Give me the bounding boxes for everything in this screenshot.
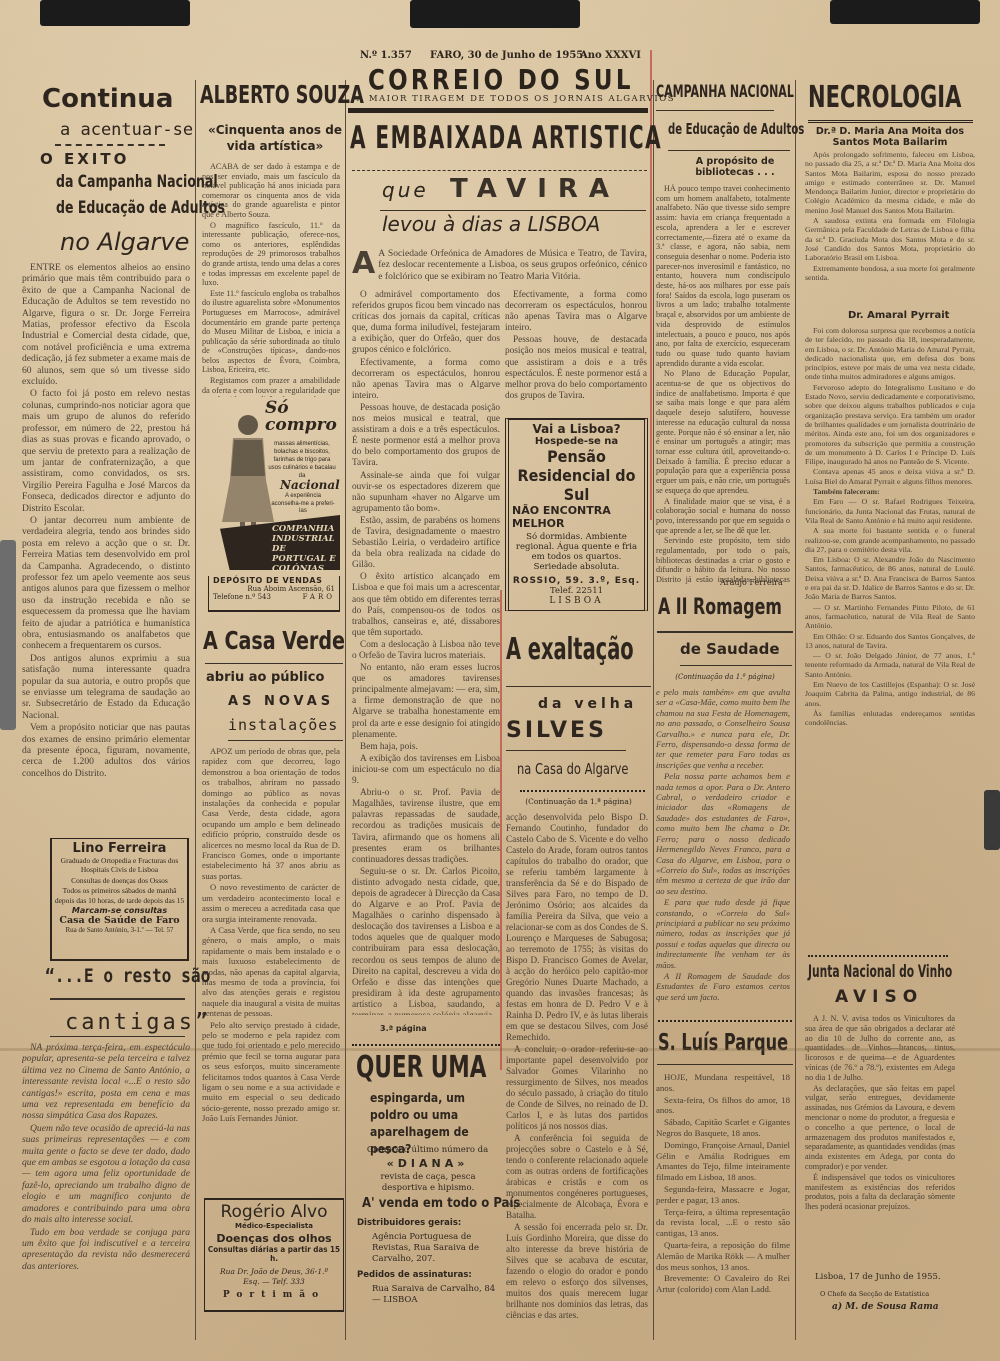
paragraph: Fervoroso adepto do Integralismo Lusitan… <box>805 383 975 467</box>
headline-embaixada: A EMBAIXADA ARTISTICA <box>350 120 662 156</box>
headline-algarve: no Algarve <box>60 228 189 256</box>
ad-so-compro: Só compro massas alimentícias, bolachas … <box>200 400 345 615</box>
aviso-signer-title: O Chefe da Secção de Estatística <box>820 1290 929 1298</box>
headline-instalacoes: instalações <box>228 716 338 734</box>
paragraph: Também faleceram: <box>805 487 975 496</box>
obituary-name-2: Dr. Amaral Pyrrait <box>848 310 949 321</box>
ad-diana-brand: «DIANA» <box>355 1157 500 1170</box>
ad-rogerio-hours: Consultas diárias a partir das 15 h. <box>205 1245 343 1263</box>
headline-silves: SILVES <box>506 718 607 743</box>
ad-so-compro-text2: A experiência aconselha-me a preferi-las <box>270 493 336 516</box>
ad-lino-line6: Rua de Santo António, 3-1.º — Tel. 57 <box>52 926 187 934</box>
headline-alberto-souza: ALBERTO SOUZA <box>200 80 364 109</box>
paragraph: A Casa Verde, que fica sendo, no seu gén… <box>202 925 340 1019</box>
article-romagem: e pelo mais também» em que avulta ser a … <box>656 687 790 1005</box>
ad-lino-ferreira: Lino Ferreira Graduado de Ortopedia e Fr… <box>50 838 189 961</box>
headline-casa-algarve: na Casa do Algarve <box>517 760 628 778</box>
paragraph: Vem a propósito noticiar que nas pautas … <box>22 722 190 779</box>
paragraph: O magnífico fascículo, 11.º da interessa… <box>202 221 340 288</box>
ad-pensao-line2: Hospede-se na <box>509 436 644 447</box>
headline-resto-sao: “...E o resto são <box>45 965 210 987</box>
headline-divider <box>808 120 973 123</box>
headline-abriu: abriu ao público <box>206 670 324 685</box>
ad-diana-sale: A' venda em todo o País <box>362 1196 520 1211</box>
ad-pensao-line1: Vai a Lisboa? <box>509 422 644 436</box>
paragraph: acção desenvolvida pelo Bispo D. Fernand… <box>506 812 648 1043</box>
ad-rogerio-specialty: Doenças dos olhos <box>205 1232 343 1245</box>
paragraph: Registamos com prazer a amabilidade da o… <box>202 376 340 397</box>
paragraph: Tudo em boa verdade se conjuga para um ê… <box>22 1227 190 1273</box>
newspaper-title: CORREIO DO SUL <box>368 63 634 96</box>
headline-as-novas: AS NOVAS <box>228 694 334 709</box>
issue-number: N.º 1.357 <box>360 50 412 61</box>
headline-que: que <box>382 178 429 202</box>
headline-cinquenta-anos: «Cinquenta anos de vida artística» <box>205 122 345 154</box>
paragraph: Foi com dolorosa surpresa que recebemos … <box>805 326 975 382</box>
headline-divider <box>228 740 343 741</box>
date-line: FARO, 30 de Junho de 1955 <box>430 50 583 61</box>
ad-depot-address: Rua Aboim Ascensão, 61 <box>209 585 339 593</box>
ad-diana-dist-text: Agência Portuguesa de Revistas, Rua Sara… <box>372 1232 498 1265</box>
paragraph: ENTRE os elementos alheios ao ensino pri… <box>22 262 190 387</box>
headline-cantigas: cantigas” <box>65 1010 211 1035</box>
headline-acentuar: a acentuar-se <box>60 120 193 140</box>
headline-educacao: de Educação de Adultos <box>56 198 225 218</box>
lead-paragraph: A Sociedade Orfeónica de Amadores de Mús… <box>378 248 647 282</box>
ad-rogerio-address: Rua Dr. João de Deus, 36-1.º Esq. — Telf… <box>219 1267 329 1287</box>
binder-clip-right-edge <box>984 790 1000 850</box>
ad-so-compro-title: Só compro <box>265 400 345 434</box>
paragraph: NA próxima terça-feira, em espectáculo p… <box>22 1042 190 1122</box>
year-label: Ano XXXVI <box>580 50 641 61</box>
listing: Terça-feira, a última representação da r… <box>656 1207 790 1239</box>
paragraph: APOZ um período de obras que, pela rapid… <box>202 746 340 881</box>
ad-diana-dist-title: Distribuidores gerais: <box>357 1218 461 1228</box>
paragraph: A sua morte foi bastante sentida e o fun… <box>805 526 975 554</box>
fold-crease <box>0 1048 1000 1051</box>
paragraph: É indispensável que todos os vinicultore… <box>805 1173 955 1212</box>
headline-campanha-nacional: CAMPANHA NACIONAL <box>656 82 794 102</box>
article-signature: Araújo Ferreira <box>720 578 783 587</box>
ad-rogerio-alvo: Rogério Alvo Médico-Especialista Doenças… <box>204 1198 344 1312</box>
dropcap: A <box>352 250 375 278</box>
ad-depot-title: DEPÓSITO DE VENDAS <box>213 576 339 585</box>
article-embaixada-lead: A A Sociedade Orfeónica de Amadores de M… <box>352 248 647 282</box>
listing: Domingo, Françoise Arnaul, Daniel Gélin … <box>656 1140 790 1183</box>
article-embaixada-right: Efectivamente, a forma como decorreram o… <box>505 290 647 415</box>
cinema-listings: HOJE, Mundana respeitável, 18 anos. Sext… <box>656 1072 790 1342</box>
listing: Sábado, Capitão Scarlet e Gigantes Negro… <box>656 1117 790 1139</box>
aviso-date: Lisboa, 17 de Junho de 1955. <box>815 1272 941 1282</box>
paragraph: O êxito artístico alcançado em Lisboa e … <box>352 572 500 639</box>
ad-lino-line5: Casa de Saúde de Faro <box>52 915 187 926</box>
headline-divider <box>205 663 343 664</box>
ad-diana-text2: revista de caça, pesca desportiva e hipi… <box>358 1172 498 1194</box>
obituary-name-1: Dr.ª D. Maria Ana Moita dos Santos Mota … <box>810 126 970 148</box>
section-divider <box>658 1020 792 1022</box>
article-casa-verde: APOZ um período de obras que, pela rapid… <box>202 746 340 1186</box>
headline-lisboa: levou à dias a LISBOA <box>382 212 600 236</box>
article-embaixada-body: O admirável comportamento dos referidos … <box>352 290 500 1015</box>
headline-romagem: A II Romagem <box>658 595 782 620</box>
headline-sao-luis-parque: S. Luís Parque <box>658 1030 788 1056</box>
headline-divider <box>680 665 792 666</box>
ad-company-name: COMPANHIA INDUSTRIAL DE PORTUGAL E COLÓN… <box>272 524 340 574</box>
ad-so-compro-brand: Nacional <box>280 478 340 492</box>
paragraph: O novo revestimento de carácter de um ve… <box>202 882 340 924</box>
ad-diana-headline: QUER UMA <box>356 1050 487 1085</box>
headline-divider <box>657 631 793 633</box>
paragraph: Pessoas houve, de destacada posição nos … <box>505 335 647 402</box>
listing: Sexta-feira, Os filhos do amor, 18 anos. <box>656 1095 790 1117</box>
ad-pensao-address: ROSSIO, 59. 3.º, Esq. <box>509 576 644 586</box>
paragraph: A II Romagem de Saudade dos Estudantes d… <box>656 971 790 1002</box>
section-divider <box>808 955 948 957</box>
column-divider <box>345 80 346 1340</box>
article-silves: acção desenvolvida pelo Bispo D. Fernand… <box>506 812 648 1337</box>
ad-pensao-residencial: Vai a Lisboa? Hospede-se na Pensão Resid… <box>505 418 648 611</box>
paragraph: Pela nossa parte achamos bem e nada temo… <box>656 771 790 896</box>
article-alberto-souza: ACABA de ser dado à estampa e de nos ser… <box>202 162 340 397</box>
newspaper-tagline: A MAIOR TIRAGEM DE TODOS OS JORNAIS ALGA… <box>357 94 675 104</box>
ad-lino-line3: Todos os primeiros sábados de manhã depo… <box>52 886 187 905</box>
paragraph: Dos antigos alunos exprimiu a sua satisf… <box>22 653 190 721</box>
obituary-2: Foi com dolorosa surpresa que recebemos … <box>805 326 975 941</box>
paragraph: A sessão foi encerrada pelo sr. Dr. Luís… <box>506 1222 648 1321</box>
masthead-rule <box>348 108 648 113</box>
ad-rogerio-title: Médico-Especialista <box>205 1222 343 1230</box>
paragraph: E para que tudo desde já fique constando… <box>656 897 790 970</box>
binder-clip-top-right <box>830 0 980 24</box>
paragraph: HÁ pouco tempo travei conhecimento com u… <box>656 184 790 368</box>
paragraph: Abriu-o o sr. Prof. Pavia de Magalhães, … <box>352 788 500 866</box>
ad-diana-subs-text: Rua Saraiva de Carvalho, 84 — LISBOA <box>372 1284 498 1306</box>
paragraph: — O sr. João Delgado Júnior, de 77 anos,… <box>805 651 975 679</box>
binder-clip-left-edge <box>0 540 16 730</box>
headline-divider <box>50 998 185 1000</box>
headline-divider <box>55 144 165 146</box>
paragraph: Servindo este propósito, tem sido regula… <box>656 536 790 584</box>
ad-depot-phone: Telefone n.º 543 <box>213 593 271 601</box>
paragraph: Seguiu-se o sr. Dr. Carlos Picoito, dist… <box>352 867 500 1015</box>
article-cantigas: NA próxima terça-feira, em espectáculo p… <box>22 1042 190 1342</box>
paragraph: Este 11.º fascículo engloba os trabalhos… <box>202 289 340 375</box>
headline-divider <box>352 170 647 171</box>
paragraph: No entanto, não eram esses lucros que os… <box>352 663 500 741</box>
ad-depot-footer: Telefone n.º 543 FARO <box>209 593 339 601</box>
headline-continua: Continua <box>42 84 173 114</box>
ad-rogerio-name: Rogério Alvo <box>205 1202 343 1222</box>
headline-da-velha: da velha <box>538 696 637 712</box>
ad-pensao-text: Só dormidas. Ambiente regional. Água que… <box>509 532 644 572</box>
headline-campanha: da Campanha Nacional <box>56 172 218 192</box>
paragraph: Após prolongado sofrimento, faleceu em L… <box>805 150 975 215</box>
paragraph: Em Nuevo de los Castillejos (Espanha): O… <box>805 680 975 708</box>
headline-divider <box>656 110 774 111</box>
ad-diana-subs-title: Pedidos de assinaturas: <box>357 1270 472 1280</box>
paragraph: Quem não teve ocasião de apreciá-la nas … <box>22 1123 190 1226</box>
paragraph: — O sr. Martinho Fernandes Pinto Piloto,… <box>805 603 975 631</box>
ad-depot-city: FARO <box>303 593 335 601</box>
paragraph: Contava apenas 45 anos e deixa viúva a s… <box>805 467 975 486</box>
ad-lino-line4: Marcam-se consultas <box>52 906 187 915</box>
paragraph: O admirável comportamento dos referidos … <box>352 290 500 357</box>
headline-divider <box>520 790 645 792</box>
headline-divider <box>657 1064 793 1065</box>
listing: Brevemente: O Cavaleiro do Rei Artur (co… <box>656 1273 790 1295</box>
paragraph: e pelo mais também» em que avulta ser a … <box>656 687 790 770</box>
aviso-signer: a) M. de Sousa Rama <box>832 1302 939 1312</box>
paragraph: A exibição dos tavirenses em Lisboa inic… <box>352 754 500 787</box>
headline-casa-verde: A Casa Verde <box>203 626 345 655</box>
headline-divider <box>506 750 626 751</box>
paragraph: A saudosa extinta era formada em Filolog… <box>805 216 975 262</box>
binder-clip-top-center <box>410 0 580 28</box>
section-divider <box>352 1044 500 1046</box>
paragraph: Às famílias enlutadas endereçamos sentid… <box>805 709 975 728</box>
red-pencil-mark-2 <box>500 590 502 1070</box>
listing: Segunda-feira, Massacre e Jogar, perder … <box>656 1184 790 1206</box>
column-divider <box>653 80 654 1340</box>
continuation-note: (Continuação da 1.ª página) <box>506 797 651 806</box>
ad-lino-line1: Graduado de Ortopedia e Fracturas dos Ho… <box>52 856 187 874</box>
column-divider <box>195 80 196 1340</box>
paragraph: O jantar decorreu num ambiente de verdad… <box>22 515 190 652</box>
paragraph: A conferência foi seguida de projecções … <box>506 1133 648 1221</box>
article-exito: ENTRE os elementos alheios ao ensino pri… <box>22 262 190 832</box>
ad-rogerio-city: Portimão <box>205 1290 343 1300</box>
paragraph: ACABA de ser dado à estampa e de nos ser… <box>202 162 340 220</box>
paragraph: Pessoas houve, de destacada posição nos … <box>352 403 500 470</box>
continuation-note: (Continuação da 1.ª página) <box>660 673 790 681</box>
paragraph: Extremamente bondosa, a sua morte foi ge… <box>805 264 975 280</box>
paragraph: As declarações, que são feitas em papel … <box>805 1084 955 1172</box>
headline-exito: O EXITO <box>40 150 129 168</box>
obituary-1: Após prolongado sofrimento, faleceu em L… <box>805 150 975 280</box>
ad-pensao-name: Pensão Residencial do Sul <box>509 447 644 504</box>
ad-diana-text1: Compre o último número da <box>355 1145 500 1155</box>
paragraph: Pelo alto serviço prestado à cidade, pel… <box>202 1020 340 1124</box>
listing: HOJE, Mundana respeitável, 18 anos. <box>656 1072 790 1094</box>
paragraph: Em Lisboa: O sr. Alexandre João do Nasci… <box>805 555 975 601</box>
ad-pensao-city: LISBOA <box>509 596 644 606</box>
paragraph: No Plano de Educação Popular, acentua-se… <box>656 369 790 495</box>
paragraph: Assinale-se ainda que foi vulgar ouvir-s… <box>352 471 500 515</box>
headline-bibliotecas: A propósito de bibliotecas . . . <box>680 156 790 178</box>
headline-aviso: AVISO <box>835 987 923 1007</box>
paragraph: O facto foi já posto em relevo nestas co… <box>22 388 190 513</box>
paragraph: Com a deslocação à Lisboa não teve o Orf… <box>352 640 500 662</box>
paragraph: Em Faro — O sr. Rafael Rodrigues Teixeir… <box>805 497 975 525</box>
headline-junta-vinho: Junta Nacional do Vinho <box>808 962 952 982</box>
binder-clip-top-left <box>40 0 190 26</box>
article-bibliotecas: HÁ pouco tempo travei conhecimento com u… <box>656 184 790 584</box>
paragraph: Bem haja, pois. <box>352 742 500 753</box>
column-divider <box>795 80 796 1340</box>
headline-divider <box>50 1036 185 1037</box>
headline-educacao-adultos: de Educação de Adultos <box>668 120 804 138</box>
paragraph: A concluir, o orador referiu-se ao impor… <box>506 1044 648 1132</box>
paragraph: Efectivamente, a forma como decorreram o… <box>505 290 647 334</box>
paragraph: Efectivamente, a forma como decorreram o… <box>352 358 500 402</box>
ad-pensao-slogan: NÃO ENCONTRA MELHOR <box>509 504 644 530</box>
paragraph: Estão, assim, de parabéns os homens de T… <box>352 516 500 571</box>
ad-depot-box: DEPÓSITO DE VENDAS Rua Aboim Ascensão, 6… <box>208 576 340 612</box>
headline-divider <box>380 210 646 211</box>
ad-lino-line2: Consultas de doenças dos Ossos <box>52 876 187 886</box>
ad-pensao-phone: Telef. 22511 <box>509 586 644 596</box>
headline-divider <box>668 150 790 151</box>
headline-saudade: de Saudade <box>680 640 780 658</box>
headline-tavira: TAVIRA <box>450 174 620 204</box>
listing: Quarta-feira, a reposição do filme Alemã… <box>656 1240 790 1272</box>
ad-so-compro-text: massas alimentícias, bolachas e biscoito… <box>268 440 336 480</box>
paragraph: A finalidade maior que se visa, é a cola… <box>656 497 790 536</box>
headline-divider <box>506 686 651 687</box>
continued-page-link[interactable]: 3.ª página <box>380 1024 427 1033</box>
paragraph: Em Olhão: O sr. Eduardo dos Santos Gonça… <box>805 632 975 651</box>
headline-exaltacao: A exaltação <box>506 632 634 667</box>
headline-necrologia: NECROLOGIA <box>808 80 961 115</box>
ad-lino-name: Lino Ferreira <box>52 841 187 856</box>
